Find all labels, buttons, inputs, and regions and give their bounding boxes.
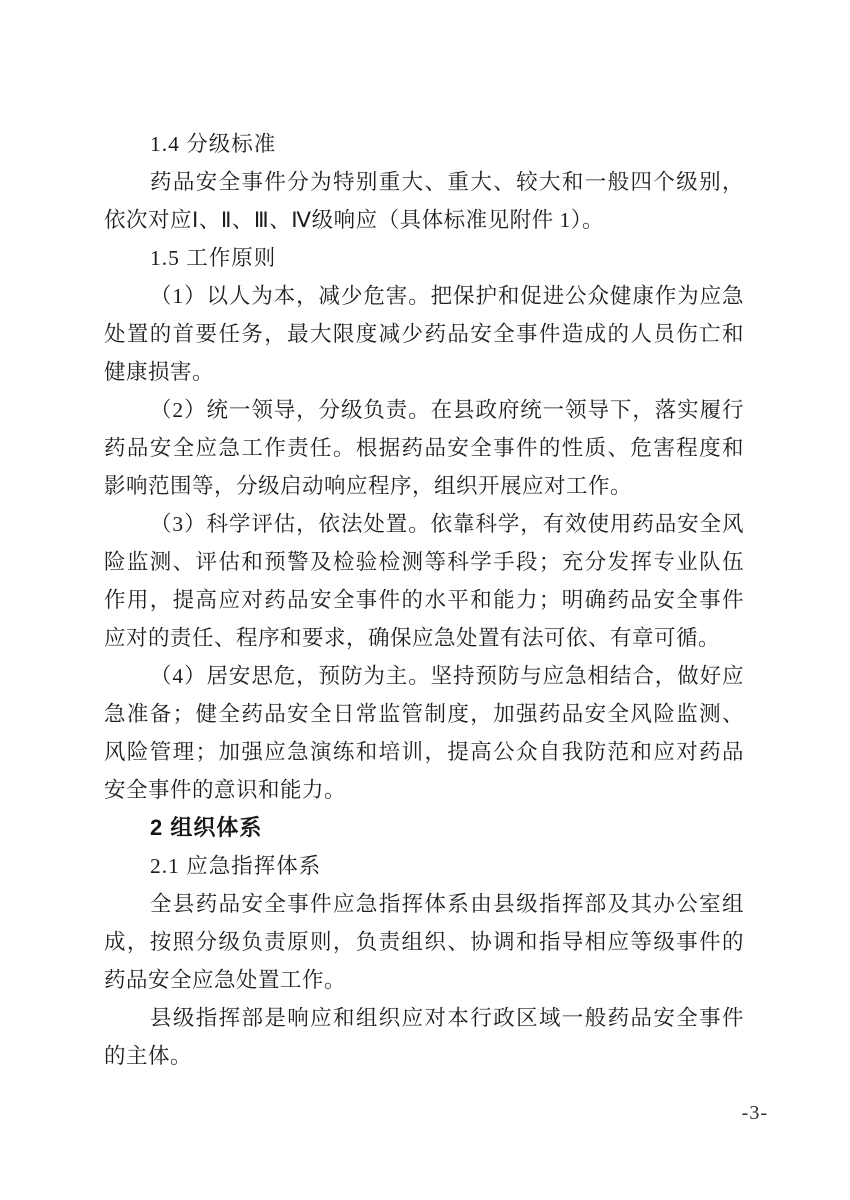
text-line: 风险管理；加强应急演练和培训，提高公众自我防范和应对药品 bbox=[104, 733, 744, 771]
text-line: 险监测、评估和预警及检验检测等科学手段；充分发挥专业队伍 bbox=[104, 543, 744, 581]
document-body: 1.4 分级标准药品安全事件分为特别重大、重大、较大和一般四个级别，依次对应Ⅰ、… bbox=[104, 125, 744, 1075]
text-line: 健康损害。 bbox=[104, 353, 744, 391]
text-line: 药品安全应急工作责任。根据药品安全事件的性质、危害程度和 bbox=[104, 429, 744, 467]
text-line: 1.5 工作原则 bbox=[104, 239, 744, 277]
text-line: 1.4 分级标准 bbox=[104, 125, 744, 163]
text-line: 急准备；健全药品安全日常监管制度，加强药品安全风险监测、 bbox=[104, 695, 744, 733]
text-line: 药品安全应急处置工作。 bbox=[104, 961, 744, 999]
text-line: 依次对应Ⅰ、Ⅱ、Ⅲ、Ⅳ级响应（具体标准见附件 1）。 bbox=[104, 201, 744, 239]
paragraph-principle-4: （4）居安思危，预防为主。坚持预防与应急相结合，做好应急准备；健全药品安全日常监… bbox=[104, 657, 744, 809]
paragraph-command-system: 全县药品安全事件应急指挥体系由县级指挥部及其办公室组成，按照分级负责原则，负责组… bbox=[104, 885, 744, 999]
text-line: 2 组织体系 bbox=[104, 809, 744, 847]
text-line: 处置的首要任务，最大限度减少药品安全事件造成的人员伤亡和 bbox=[104, 315, 744, 353]
text-line: 安全事件的意识和能力。 bbox=[104, 771, 744, 809]
text-line: （3）科学评估，依法处置。依靠科学，有效使用药品安全风 bbox=[104, 505, 744, 543]
text-line: （1）以人为本，减少危害。把保护和促进公众健康作为应急 bbox=[104, 277, 744, 315]
page-number: -3- bbox=[742, 1098, 768, 1128]
text-line: 应对的责任、程序和要求，确保应急处置有法可依、有章可循。 bbox=[104, 619, 744, 657]
text-line: 2.1 应急指挥体系 bbox=[104, 847, 744, 885]
section-heading-2-1: 2.1 应急指挥体系 bbox=[104, 847, 744, 885]
paragraph-county-command: 县级指挥部是响应和组织应对本行政区域一般药品安全事件的主体。 bbox=[104, 999, 744, 1075]
section-heading-1-4: 1.4 分级标准 bbox=[104, 125, 744, 163]
text-line: 影响范围等，分级启动响应程序，组织开展应对工作。 bbox=[104, 467, 744, 505]
paragraph-grading: 药品安全事件分为特别重大、重大、较大和一般四个级别，依次对应Ⅰ、Ⅱ、Ⅲ、Ⅳ级响应… bbox=[104, 163, 744, 239]
text-line: （4）居安思危，预防为主。坚持预防与应急相结合，做好应 bbox=[104, 657, 744, 695]
document-page: 1.4 分级标准药品安全事件分为特别重大、重大、较大和一般四个级别，依次对应Ⅰ、… bbox=[0, 0, 850, 1200]
section-heading-1-5: 1.5 工作原则 bbox=[104, 239, 744, 277]
text-line: 药品安全事件分为特别重大、重大、较大和一般四个级别， bbox=[104, 163, 744, 201]
chapter-heading-2: 2 组织体系 bbox=[104, 809, 744, 847]
text-line: （2）统一领导，分级负责。在县政府统一领导下，落实履行 bbox=[104, 391, 744, 429]
text-line: 的主体。 bbox=[104, 1037, 744, 1075]
paragraph-principle-3: （3）科学评估，依法处置。依靠科学，有效使用药品安全风险监测、评估和预警及检验检… bbox=[104, 505, 744, 657]
text-line: 全县药品安全事件应急指挥体系由县级指挥部及其办公室组 bbox=[104, 885, 744, 923]
text-line: 县级指挥部是响应和组织应对本行政区域一般药品安全事件 bbox=[104, 999, 744, 1037]
paragraph-principle-1: （1）以人为本，减少危害。把保护和促进公众健康作为应急处置的首要任务，最大限度减… bbox=[104, 277, 744, 391]
text-line: 作用，提高应对药品安全事件的水平和能力；明确药品安全事件 bbox=[104, 581, 744, 619]
text-line: 成，按照分级负责原则，负责组织、协调和指导相应等级事件的 bbox=[104, 923, 744, 961]
paragraph-principle-2: （2）统一领导，分级负责。在县政府统一领导下，落实履行药品安全应急工作责任。根据… bbox=[104, 391, 744, 505]
